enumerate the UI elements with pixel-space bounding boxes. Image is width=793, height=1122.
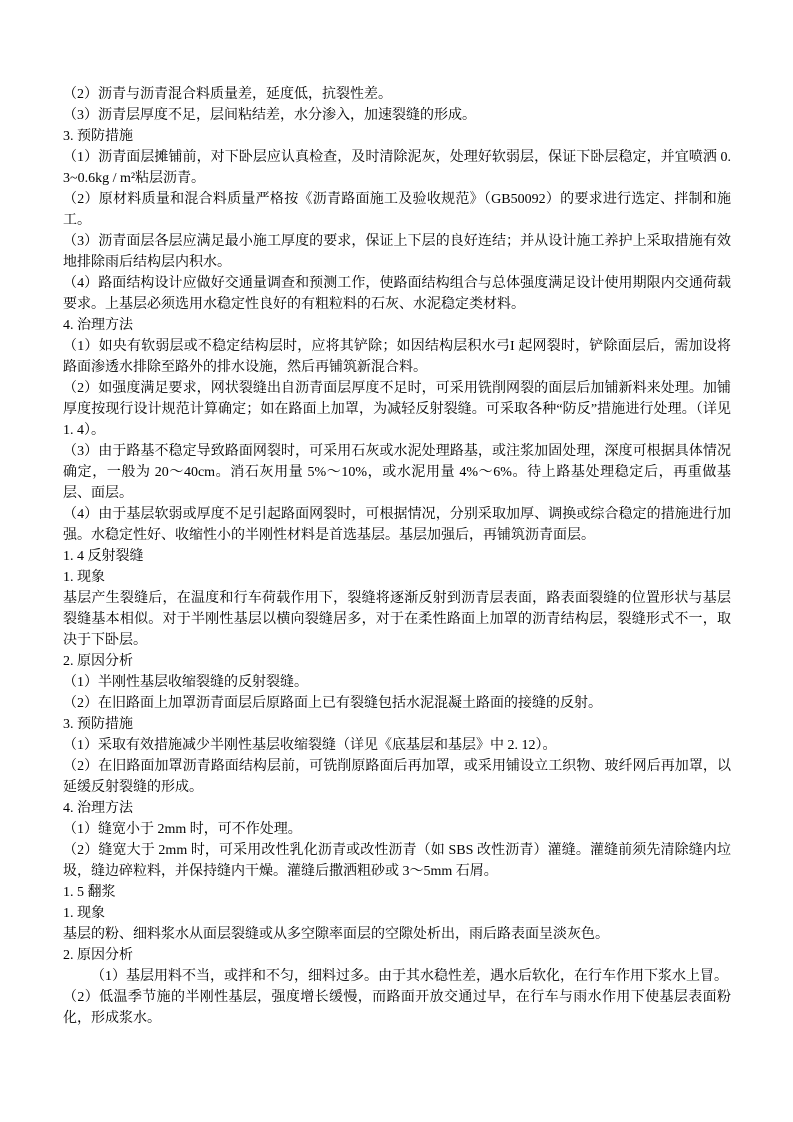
list-heading-phenomenon: 1. 现象	[63, 567, 731, 588]
paragraph: （4）由于基层软弱或厚度不足引起路面网裂时，可根据情况，分别采取加厚、调换或综合…	[63, 504, 731, 546]
list-heading-cause-analysis: 2. 原因分析	[63, 651, 731, 672]
list-heading-phenomenon: 1. 现象	[63, 903, 731, 924]
document-text: （2）沥青与沥青混合料质量差，延度低，抗裂性差。 （3）沥青层厚度不足，层间粘结…	[63, 84, 731, 1029]
paragraph: 基层的粉、细料浆水从面层裂缝或从多空隙率面层的空隙处析出，雨后路表面呈淡灰色。	[63, 924, 731, 945]
paragraph: 基层产生裂缝后，在温度和行车荷载作用下，裂缝将逐渐反射到沥青层表面，路表面裂缝的…	[63, 588, 731, 651]
paragraph: （2）在旧路面上加罩沥青面层后原路面上已有裂缝包括水泥混凝土路面的接缝的反射。	[63, 693, 731, 714]
list-heading-cause-analysis: 2. 原因分析	[63, 945, 731, 966]
paragraph: （3）沥青面层各层应满足最小施工厚度的要求，保证上下层的良好连结；并从设计施工养…	[63, 231, 731, 273]
paragraph: （1）如央有软弱层或不稳定结构层时，应将其铲除；如因结构层积水弓I 起网裂时，铲…	[63, 336, 731, 378]
paragraph: （2）缝宽大于 2mm 时，可采用改性乳化沥青或改性沥青（如 SBS 改性沥青）…	[63, 840, 731, 882]
document-page: （2）沥青与沥青混合料质量差，延度低，抗裂性差。 （3）沥青层厚度不足，层间粘结…	[0, 0, 793, 1122]
paragraph: （2）低温季节施的半刚性基层，强度增长缓慢，而路面开放交通过早，在行车与雨水作用…	[63, 987, 731, 1029]
paragraph: （3）沥青层厚度不足，层间粘结差，水分渗入，加速裂缝的形成。	[63, 105, 731, 126]
list-heading-prevention-measures: 3. 预防措施	[63, 714, 731, 735]
paragraph: （1）采取有效措施减少半刚性基层收缩裂缝（详见《底基层和基层》中 2. 12）。	[63, 735, 731, 756]
paragraph: （2）沥青与沥青混合料质量差，延度低，抗裂性差。	[63, 84, 731, 105]
list-heading-prevention-measures: 3. 预防措施	[63, 126, 731, 147]
paragraph: （3）由于路基不稳定导致路面网裂时，可采用石灰或水泥处理路基，或注浆加固处理，深…	[63, 441, 731, 504]
section-title-reflective-cracks: 1. 4 反射裂缝	[63, 546, 731, 567]
paragraph: （1）沥青面层摊铺前，对下卧层应认真检查，及时清除泥灰，处理好软弱层，保证下卧层…	[63, 147, 731, 189]
section-title-mud-pumping: 1. 5 翻浆	[63, 882, 731, 903]
list-heading-treatment-methods: 4. 治理方法	[63, 798, 731, 819]
paragraph: （1）基层用料不当，或拌和不匀，细料过多。由于其水稳性差，遇水后软化，在行车作用…	[63, 966, 731, 987]
list-heading-treatment-methods: 4. 治理方法	[63, 315, 731, 336]
paragraph: （2）原材料质量和混合料质量严格按《沥青路面施工及验收规范》（GB50092）的…	[63, 189, 731, 231]
paragraph: （4）路面结构设计应做好交通量调查和预测工作，使路面结构组合与总体强度满足设计使…	[63, 273, 731, 315]
paragraph: （1）半刚性基层收缩裂缝的反射裂缝。	[63, 672, 731, 693]
paragraph: （2）如强度满足要求，网状裂缝出自沥青面层厚度不足时，可采用铣削网裂的面层后加铺…	[63, 378, 731, 441]
paragraph: （1）缝宽小于 2mm 时，可不作处理。	[63, 819, 731, 840]
paragraph: （2）在旧路面加罩沥青路面结构层前，可铣削原路面后再加罩，或采用铺设立工织物、玻…	[63, 756, 731, 798]
